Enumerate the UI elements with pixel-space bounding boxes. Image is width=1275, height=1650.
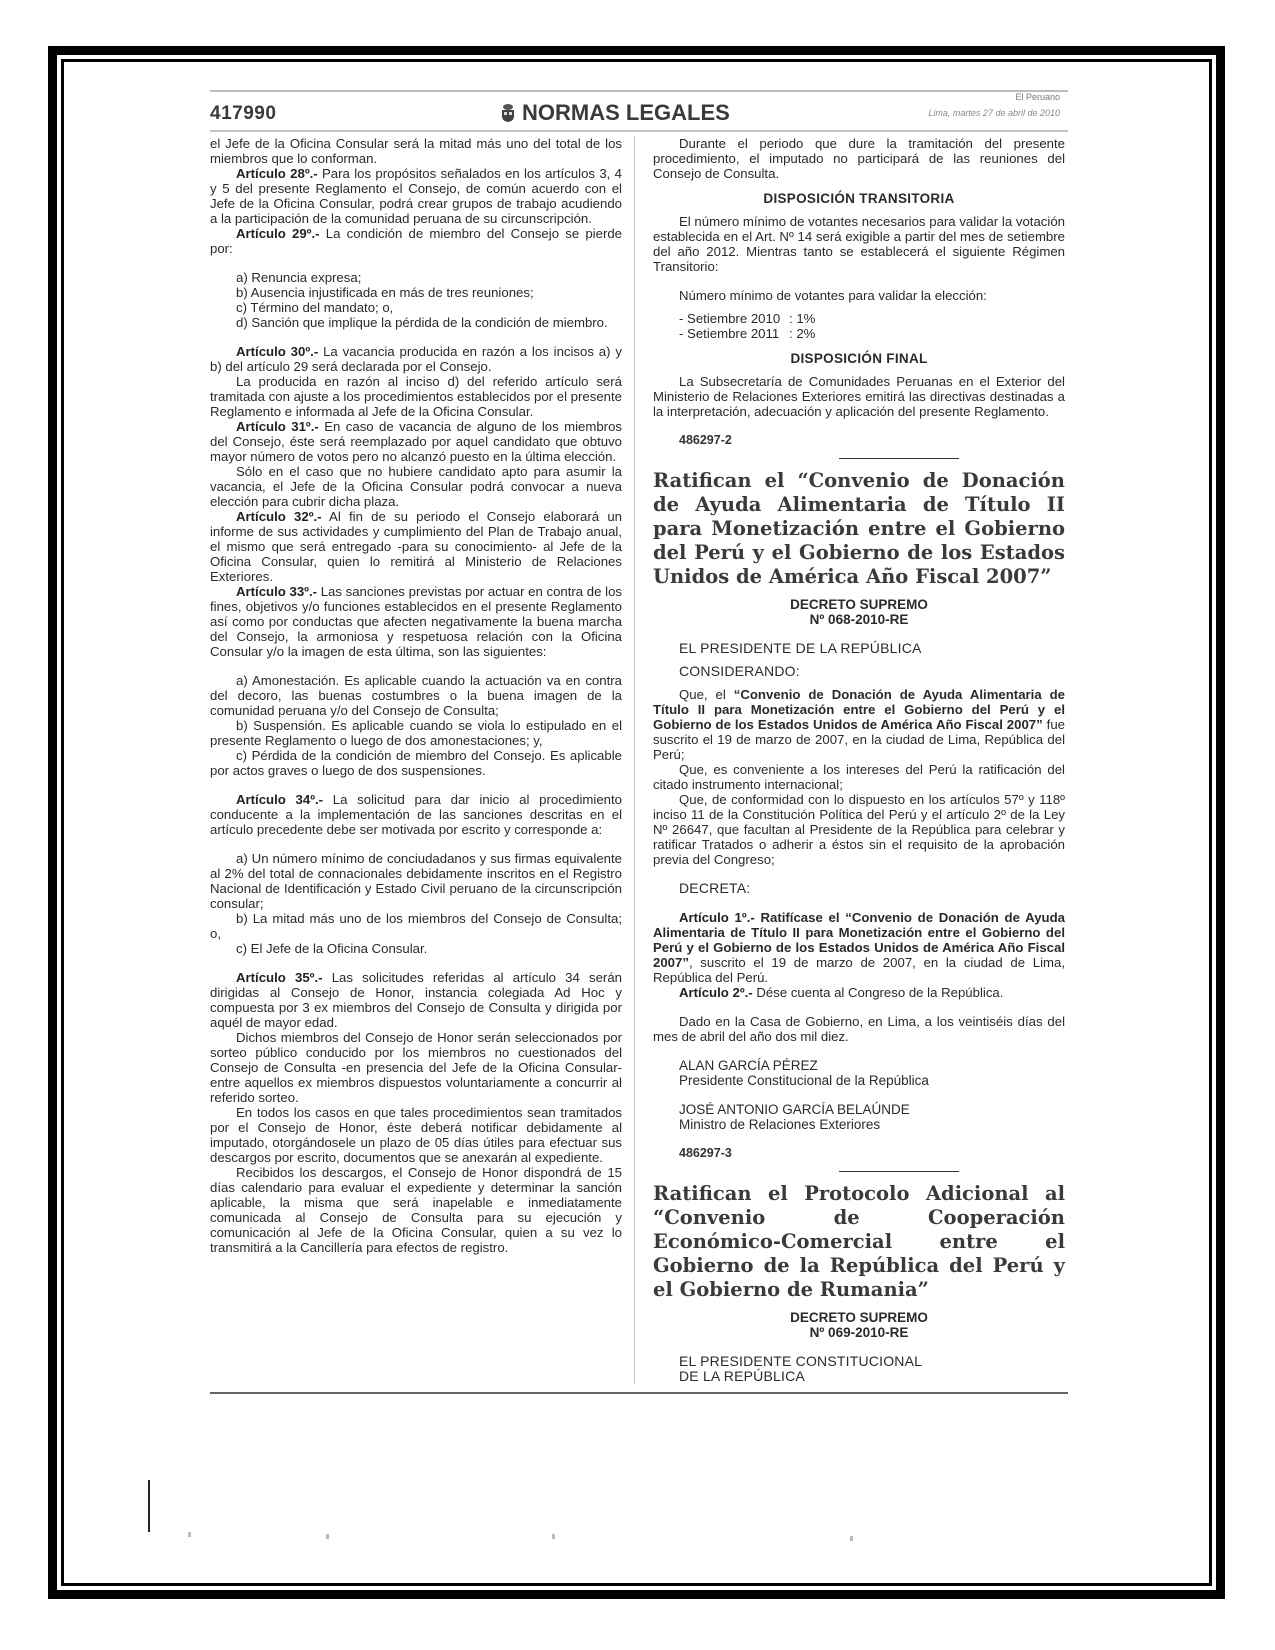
masthead-title: NORMAS LEGALES: [522, 100, 730, 126]
decree-article-2: Artículo 2º.- Dése cuenta al Congreso de…: [653, 985, 1065, 1000]
list-item: b) Suspensión. Es aplicable cuando se vi…: [210, 718, 622, 748]
considerando-3: Que, de conformidad con lo dispuesto en …: [653, 792, 1065, 867]
article-label: Artículo 28º.-: [236, 166, 318, 181]
article-29: Artículo 29º.- La condición de miembro d…: [210, 226, 622, 256]
list-item: c) Pérdida de la condición de miembro de…: [210, 748, 622, 778]
page-number: 417990: [210, 103, 276, 125]
scan-speck: [850, 1536, 853, 1541]
section-heading-transitoria: DISPOSICIÓN TRANSITORIA: [653, 191, 1065, 206]
paragraph: La producida en razón al inciso d) del r…: [210, 374, 622, 419]
list-item: c) Término del mandato; o,: [210, 300, 622, 315]
article-30: Artículo 30º.- La vacancia producida en …: [210, 344, 622, 374]
section-heading-final: DISPOSICIÓN FINAL: [653, 351, 1065, 366]
list-item: a) Un número mínimo de conciudadanos y s…: [210, 851, 622, 911]
president-line: EL PRESIDENTE CONSTITUCIONAL DE LA REPÚB…: [679, 1354, 1065, 1384]
page-header: 417990 NORMAS LEGALES El Peruano Lima, m…: [210, 96, 1068, 128]
headline-protocolo-rumania: Ratifican el Protocolo Adicional al “Con…: [653, 1182, 1065, 1302]
article-33: Artículo 33º.- Las sanciones previstas p…: [210, 584, 622, 659]
decree-heading: DECRETO SUPREMO Nº 068-2010-RE: [653, 597, 1065, 627]
document-code: 486297-3: [679, 1146, 1065, 1161]
threshold-row: - Setiembre 2010: 1%: [679, 311, 1065, 326]
article-34: Artículo 34º.- La solicitud para dar ini…: [210, 792, 622, 837]
publication-name: El Peruano: [1015, 92, 1060, 102]
list-item: d) Sanción que implique la pérdida de la…: [210, 315, 622, 330]
masthead: NORMAS LEGALES: [500, 100, 730, 126]
newspaper-page: 417990 NORMAS LEGALES El Peruano Lima, m…: [210, 90, 1068, 1394]
scan-speck: [552, 1534, 555, 1539]
article-label: Artículo 31º.-: [236, 419, 319, 434]
list-item: c) El Jefe de la Oficina Consular.: [210, 941, 622, 956]
coat-of-arms-icon: [500, 103, 516, 123]
considerando-label: CONSIDERANDO:: [679, 664, 1065, 679]
right-column: Durante el periodo que dure la tramitaci…: [634, 136, 1065, 1384]
article-35: Artículo 35º.- Las solicitudes referidas…: [210, 970, 622, 1030]
headline-convenio-donacion: Ratifican el “Convenio de Donación de Ay…: [653, 469, 1065, 589]
list-item: a) Renuncia expresa;: [210, 270, 622, 285]
article-label: Artículo 33º.-: [236, 584, 317, 599]
article-28: Artículo 28º.- Para los propósitos señal…: [210, 166, 622, 226]
signature-president: ALAN GARCÍA PÉREZ Presidente Constitucio…: [679, 1058, 1065, 1088]
paragraph: En todos los casos en que tales procedim…: [210, 1105, 622, 1165]
publication-date: Lima, martes 27 de abril de 2010: [928, 108, 1060, 118]
article-31: Artículo 31º.- En caso de vacancia de al…: [210, 419, 622, 464]
article-label: Artículo 30º.-: [236, 344, 318, 359]
article-label: Artículo 35º.-: [236, 970, 323, 985]
president-line: EL PRESIDENTE DE LA REPÚBLICA: [679, 641, 1065, 656]
threshold-row: - Setiembre 2011: 2%: [679, 326, 1065, 341]
article-label: Artículo 32º.-: [236, 509, 322, 524]
signature-minister: JOSÉ ANTONIO GARCÍA BELAÚNDE Ministro de…: [679, 1102, 1065, 1132]
scan-speck: [188, 1532, 191, 1537]
scan-margin-mark: [148, 1480, 150, 1532]
two-column-body: el Jefe de la Oficina Consular será la m…: [210, 136, 1068, 1384]
paragraph: El número mínimo de votantes necesarios …: [653, 214, 1065, 274]
article-label: Artículo 34º.-: [236, 792, 323, 807]
page-bottom-rule: [210, 1392, 1068, 1394]
list-item: b) La mitad más uno de los miembros del …: [210, 911, 622, 941]
considerando-2: Que, es conveniente a los intereses del …: [653, 762, 1065, 792]
list-item: a) Amonestación. Es aplicable cuando la …: [210, 673, 622, 718]
paragraph: La Subsecretaría de Comunidades Peruanas…: [653, 374, 1065, 419]
paragraph: Recibidos los descargos, el Consejo de H…: [210, 1165, 622, 1255]
section-separator: [839, 1171, 959, 1172]
paragraph: Dichos miembros del Consejo de Honor ser…: [210, 1030, 622, 1105]
decree-article-1: Artículo 1º.- Ratifícase el “Convenio de…: [653, 910, 1065, 985]
decreta-label: DECRETA:: [679, 881, 1065, 896]
header-top-rule: [210, 90, 1068, 92]
paragraph: Sólo en el caso que no hubiere candidato…: [210, 464, 622, 509]
considerando-1: Que, el “Convenio de Donación de Ayuda A…: [653, 687, 1065, 762]
list-item: b) Ausencia injustificada en más de tres…: [210, 285, 622, 300]
paragraph: Durante el periodo que dure la tramitaci…: [653, 136, 1065, 181]
section-separator: [839, 458, 959, 459]
scan-speck: [326, 1534, 329, 1539]
article-label: Artículo 29º.-: [236, 226, 320, 241]
article-32: Artículo 32º.- Al fin de su periodo el C…: [210, 509, 622, 584]
left-column: el Jefe de la Oficina Consular será la m…: [210, 136, 634, 1384]
paragraph: Número mínimo de votantes para validar l…: [653, 288, 1065, 303]
paragraph: el Jefe de la Oficina Consular será la m…: [210, 136, 622, 166]
decree-heading: DECRETO SUPREMO Nº 069-2010-RE: [653, 1310, 1065, 1340]
header-bottom-rule: [210, 130, 1068, 132]
document-code: 486297-2: [679, 433, 1065, 448]
dado-en-paragraph: Dado en la Casa de Gobierno, en Lima, a …: [653, 1014, 1065, 1044]
